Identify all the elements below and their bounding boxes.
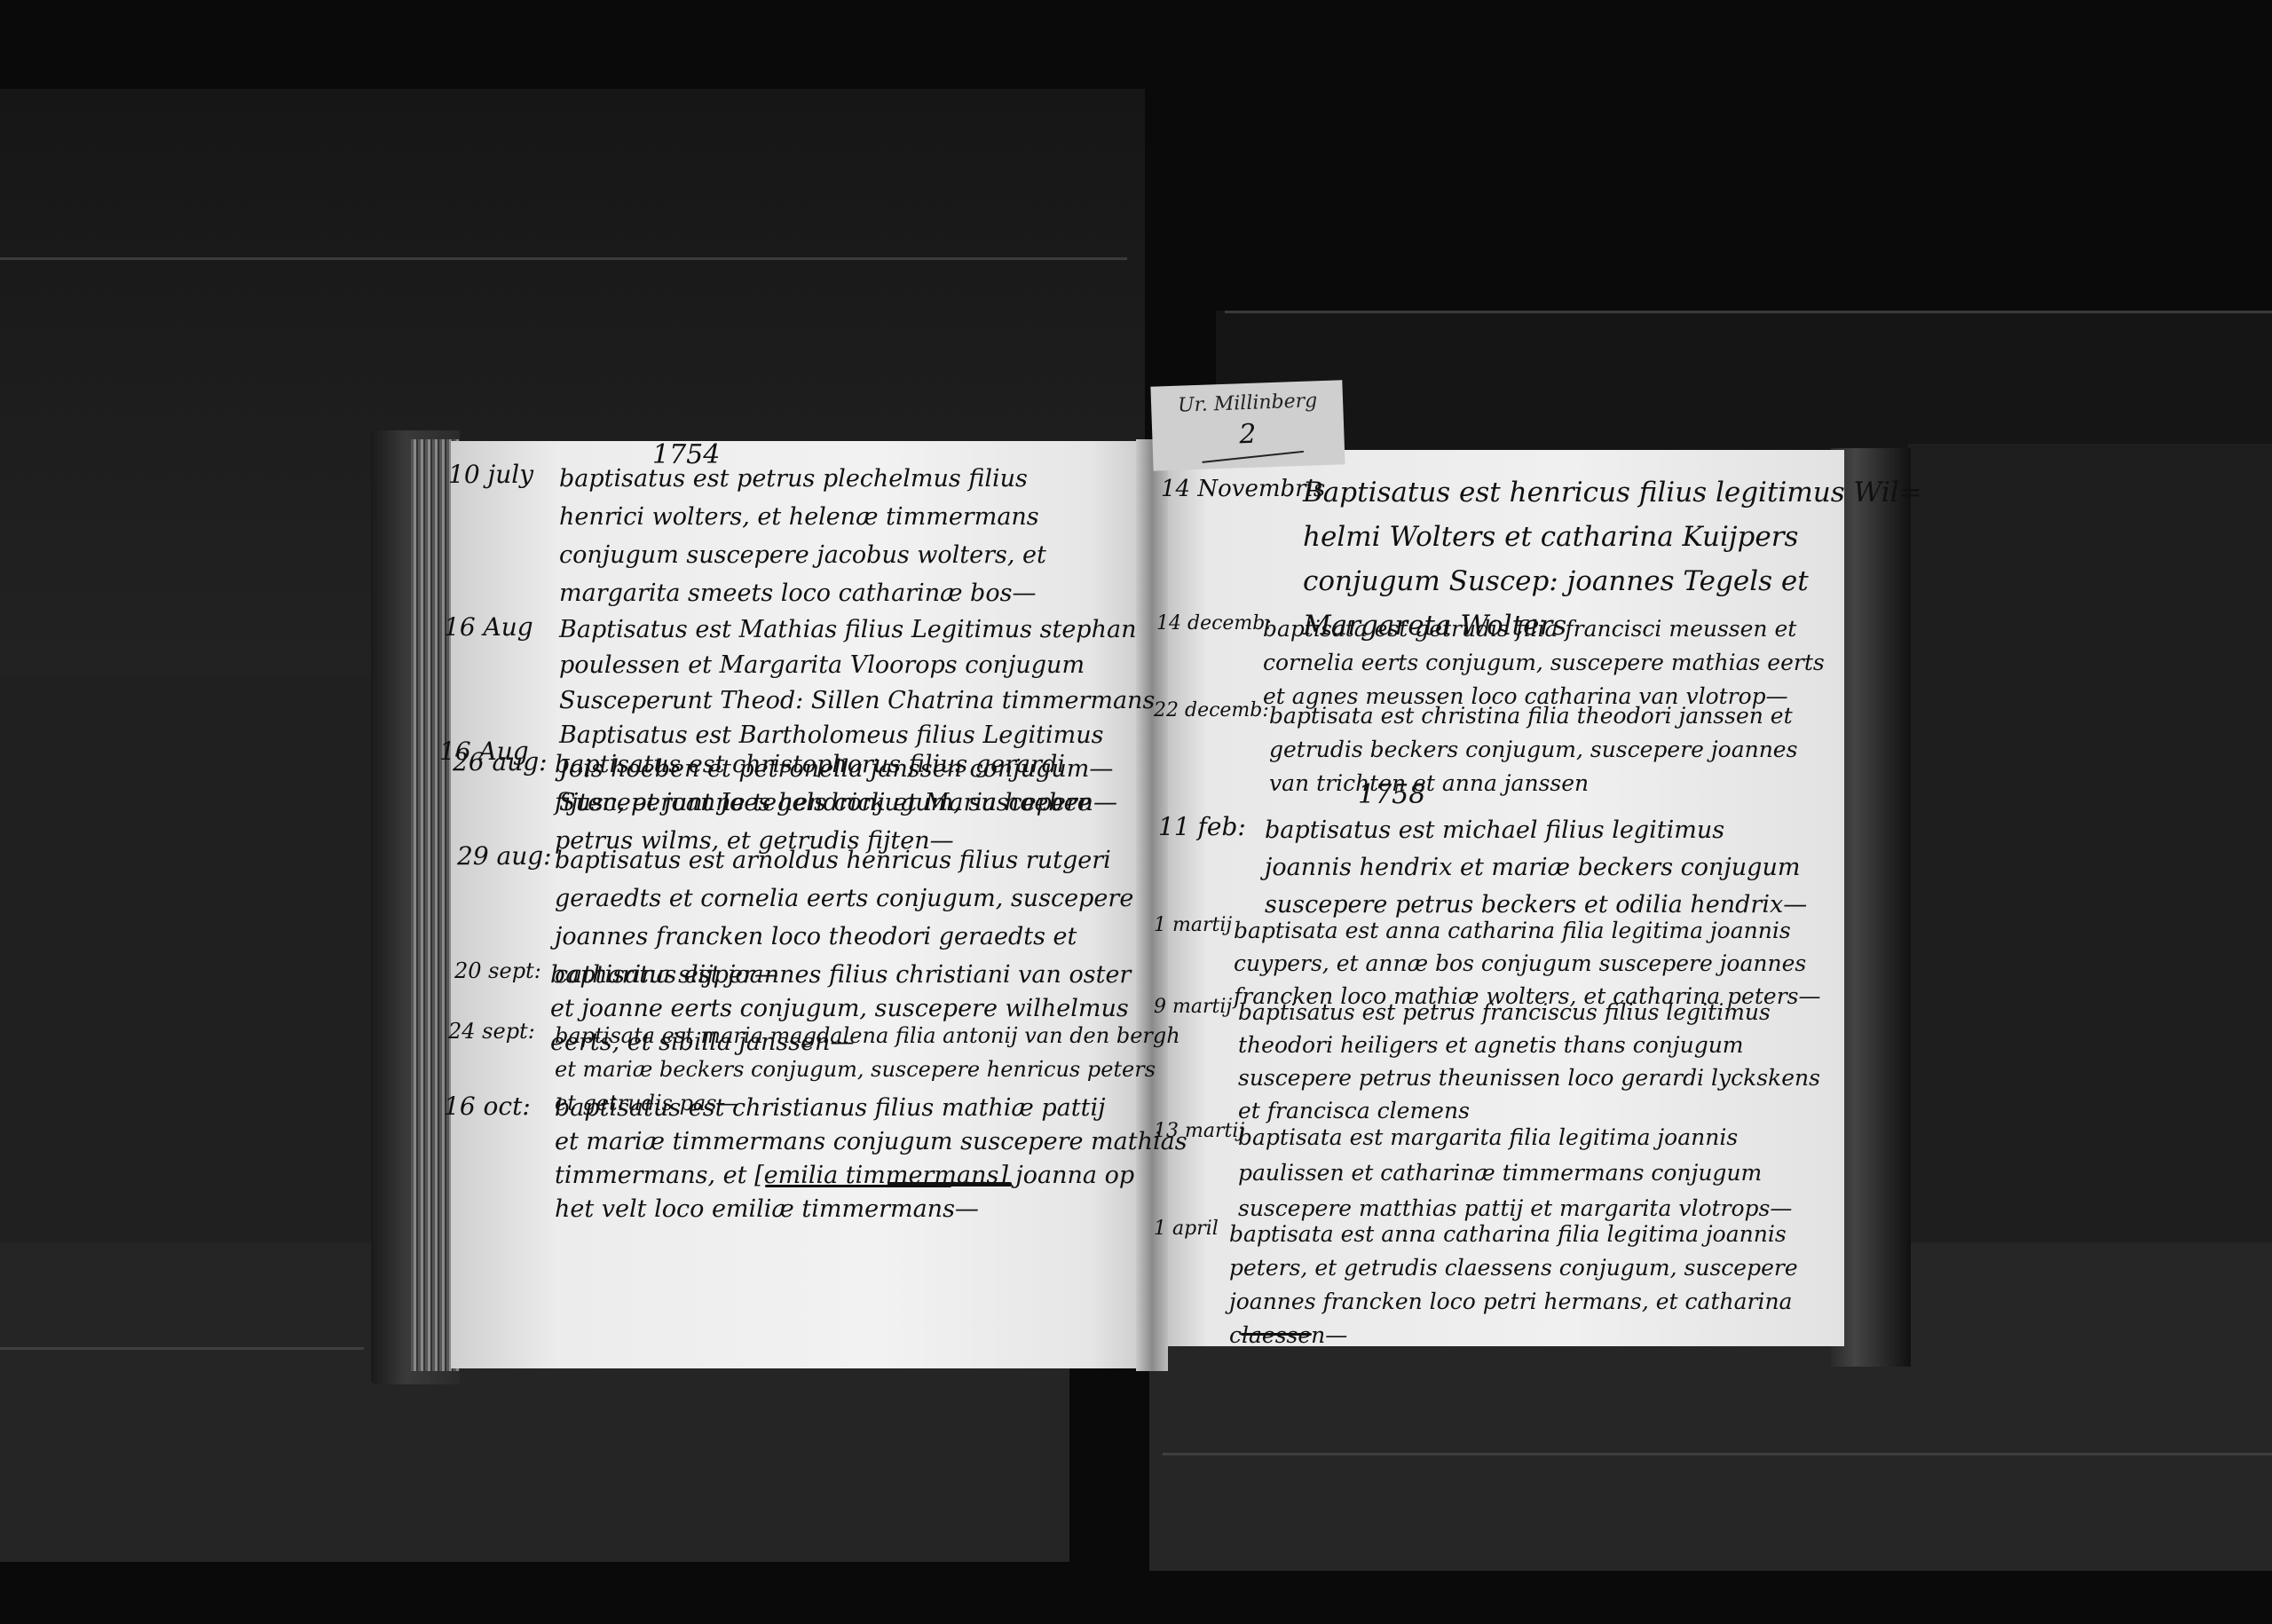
cloth-crease bbox=[1163, 1453, 2272, 1455]
entry-line: joannis hendrix et mariæ beckers conjugu… bbox=[1265, 849, 1807, 887]
entry-line: baptisatus est petrus franciscus filius … bbox=[1238, 996, 1820, 1029]
right-page-year: 1758 bbox=[1358, 779, 1425, 810]
entry-line: baptisata est anna catharina filia legit… bbox=[1234, 914, 1820, 947]
entry-line: theodori heiligers et agnetis thans conj… bbox=[1238, 1029, 1820, 1061]
entry-line: poulessen et Margarita Vloorops conjugum bbox=[559, 648, 1155, 683]
entry-line: baptisata est anna catharina filia legit… bbox=[1229, 1218, 1798, 1251]
entry-line: conjugum suscepere jacobus wolters, et bbox=[559, 536, 1046, 574]
entry-date: 1 martij bbox=[1154, 914, 1232, 936]
tab-number: 2 bbox=[1239, 419, 1257, 451]
entry-line: margarita smeets loco catharinæ bos— bbox=[559, 574, 1046, 612]
entry-line: baptisata est maria magdalena filia anto… bbox=[555, 1019, 1180, 1052]
entry-date: 29 aug: bbox=[457, 841, 552, 871]
entry-line: getrudis beckers conjugum, suscepere joa… bbox=[1269, 733, 1797, 767]
entry-date: 16 oct: bbox=[444, 1092, 531, 1121]
entry-line: peters, et getrudis claessens conjugum, … bbox=[1229, 1251, 1798, 1285]
entry-line: fijten, et joanne tegels conjugum, susce… bbox=[555, 784, 1092, 822]
entry-line: Baptisatus est henricus filius legitimus… bbox=[1303, 470, 1922, 515]
entry-line: suscepere petrus theunissen loco gerardi… bbox=[1238, 1061, 1820, 1094]
background-cloth-left bbox=[0, 674, 382, 1242]
entry-line: joannes francken loco petri hermans, et … bbox=[1229, 1285, 1798, 1319]
entry-line: van trichten et anna janssen bbox=[1269, 767, 1797, 800]
entry-line: claessen— bbox=[1229, 1319, 1798, 1352]
archive-tab-label: Ur. Millinberg 2 bbox=[1150, 380, 1345, 470]
entry-date: 22 decemb: bbox=[1154, 699, 1269, 721]
entry-line: baptisata est getrudis filia francisci m… bbox=[1263, 612, 1825, 646]
entry-line: Susceperunt Theod: Sillen Chatrina timme… bbox=[559, 683, 1155, 719]
entry-line: timmermans, et [emilia timmermans] joann… bbox=[555, 1159, 1187, 1193]
end-of-entry-rule bbox=[887, 1182, 1012, 1186]
closing-flourish bbox=[1241, 1333, 1312, 1336]
tab-underline bbox=[1202, 451, 1304, 463]
entry-line: baptisatus est christianus filius mathiæ… bbox=[555, 1092, 1187, 1125]
entry-line: baptisata est margarita filia legitima j… bbox=[1238, 1120, 1792, 1155]
entry-line: joannes francken loco theodori geraedts … bbox=[555, 918, 1133, 956]
entry-date: 26 aug: bbox=[453, 747, 548, 777]
entry-line: helmi Wolters et catharina Kuijpers bbox=[1303, 515, 1922, 559]
entry-date: 10 july bbox=[448, 460, 533, 489]
entry-line: Baptisatus est Mathias filius Legitimus … bbox=[559, 612, 1155, 648]
entry-line: baptisatus est joannes filius christiani… bbox=[550, 958, 1131, 992]
entry-date: 13 martij bbox=[1154, 1120, 1244, 1142]
entry-date: 9 martij bbox=[1154, 996, 1232, 1018]
entry-line: cuypers, et annæ bos conjugum suscepere … bbox=[1234, 947, 1820, 980]
entry-date: 14 Novembris bbox=[1161, 476, 1325, 502]
entry-line: paulissen et catharinæ timmermans conjug… bbox=[1238, 1155, 1792, 1191]
entry-line: henrici wolters, et helenæ timmermans bbox=[559, 498, 1046, 536]
entry-line: conjugum Suscep: joannes Tegels et bbox=[1303, 559, 1922, 603]
entry-line: et mariæ timmermans conjugum suscepere m… bbox=[555, 1125, 1187, 1159]
cloth-crease bbox=[0, 257, 1127, 260]
tab-title: Ur. Millinberg bbox=[1178, 390, 1318, 416]
entry-line: baptisatus est petrus plechelmus filius bbox=[559, 460, 1046, 498]
entry-line: et mariæ beckers conjugum, suscepere hen… bbox=[555, 1052, 1180, 1086]
entry-line: cornelia eerts conjugum, suscepere mathi… bbox=[1263, 646, 1825, 680]
entry-line: baptisatus est christophorus filius gera… bbox=[555, 745, 1092, 784]
cloth-crease bbox=[0, 1347, 364, 1350]
cloth-crease bbox=[1225, 311, 2272, 313]
entry-line: baptisatus est arnoldus henricus filius … bbox=[555, 841, 1133, 879]
entry-line: baptisatus est michael filius legitimus bbox=[1265, 812, 1807, 849]
entry-date: 24 sept: bbox=[448, 1019, 535, 1044]
entry-line: het velt loco emiliæ timmermans— bbox=[555, 1193, 1187, 1226]
entry-date: 20 sept: bbox=[454, 958, 541, 983]
entry-date: 14 decemb: bbox=[1156, 612, 1272, 635]
entry-line: geraedts et cornelia eerts conjugum, sus… bbox=[555, 879, 1133, 918]
entry-date: 1 april bbox=[1154, 1218, 1219, 1240]
entry-line: baptisata est christina filia theodori j… bbox=[1269, 699, 1797, 733]
background-cloth-right bbox=[1908, 444, 2272, 1242]
entry-date: 11 feb: bbox=[1158, 812, 1246, 841]
entry-date: 16 Aug bbox=[444, 612, 533, 642]
